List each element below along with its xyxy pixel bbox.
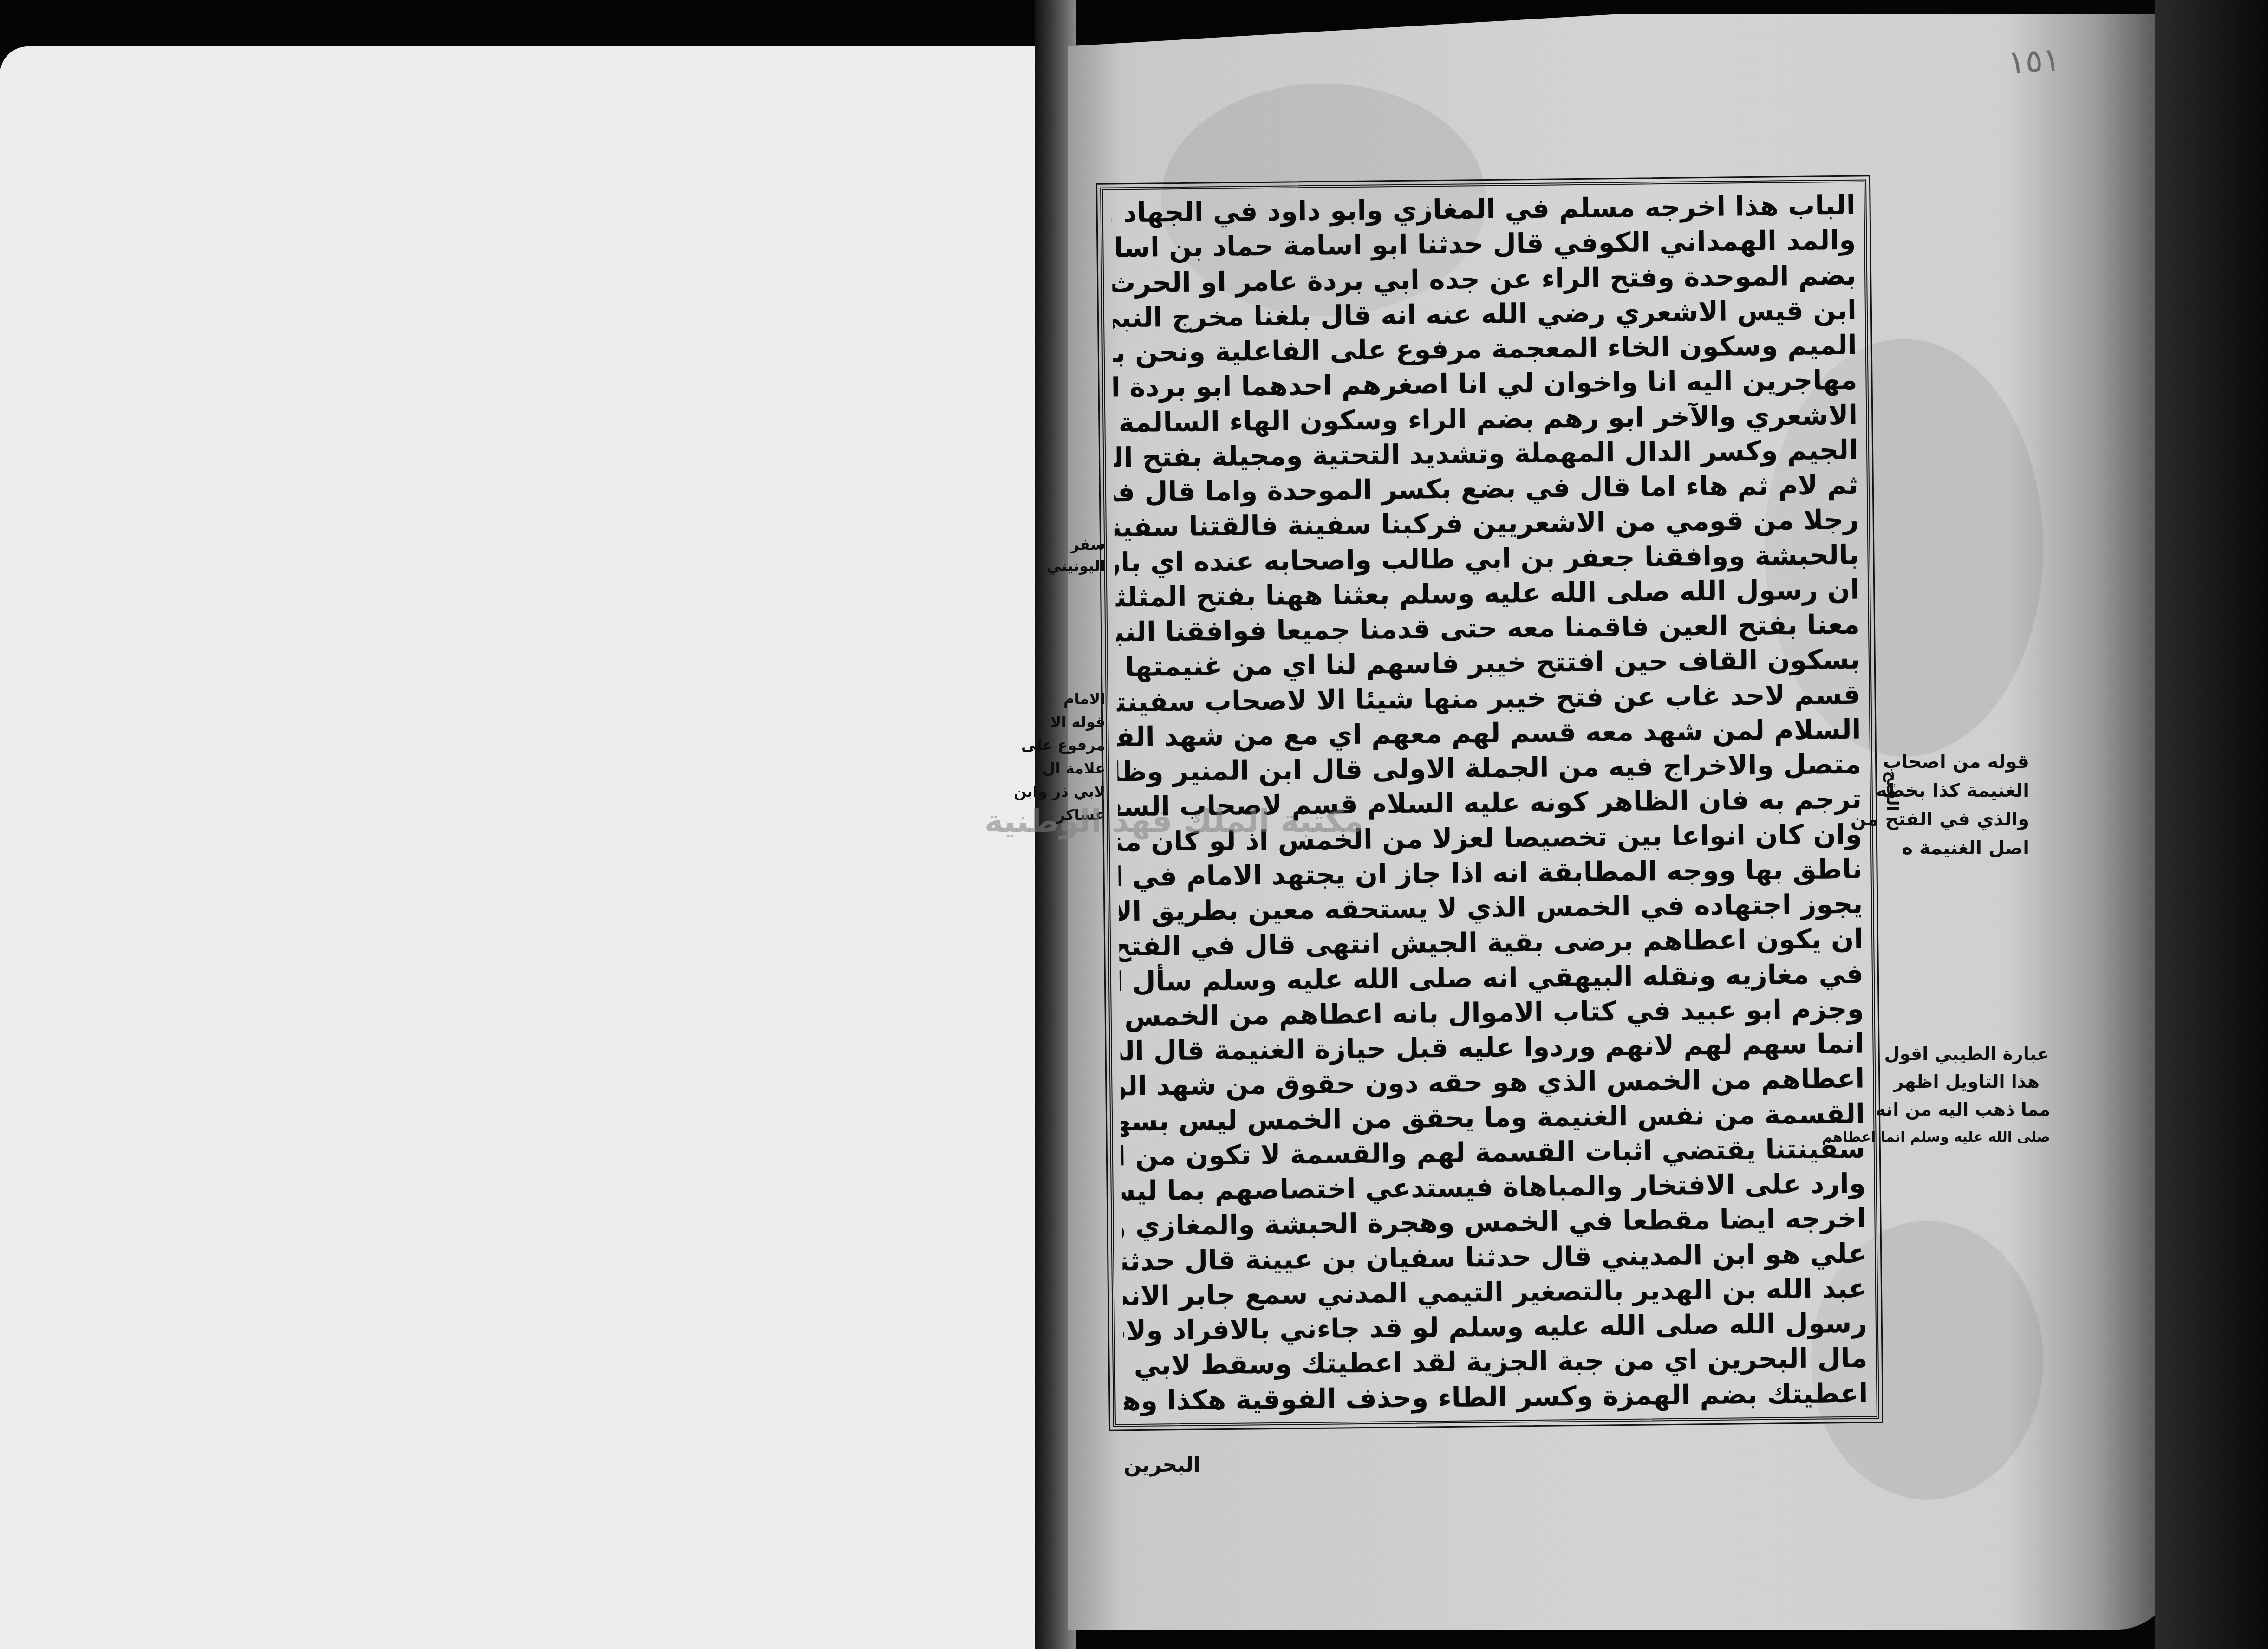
margin-note-right-2: عبارة الطيبي اقول هذا التاويل اظهر مما ذ…: [1883, 1040, 2050, 1151]
note-line: صلى الله عليه وسلم انما اعطاهم: [1883, 1123, 2050, 1151]
note-line: علامة ال: [1049, 757, 1105, 780]
note-line: الغنيمة كذا بخطه: [1909, 776, 2029, 805]
left-page-blank: [0, 46, 1035, 1649]
note-line: سفر: [1054, 534, 1105, 555]
note-line: مرفوع علی: [1049, 734, 1105, 757]
folio-number: ١٥١: [1986, 39, 2081, 83]
note-line: قوله من اصحاب: [1909, 747, 2029, 776]
page-edge-shadow: [2155, 0, 2268, 1649]
note-line: لابي ذر وابن: [1049, 780, 1105, 803]
note-line: والذي في الفتح من: [1909, 805, 2029, 834]
catchword: البحرين: [1124, 1453, 1200, 1477]
note-line: هذا التاويل اظهر: [1883, 1068, 2050, 1096]
note-line: اصل الغنيمة ه: [1909, 834, 2029, 863]
margin-note-side-label: الفتح: [1876, 771, 1904, 811]
library-watermark: مكتبة الملك فهد الوطنية: [984, 803, 1363, 840]
text-line: اعطيتك بضم الهمزة وكسر الطاء وحذف الفوقي…: [1124, 1376, 1868, 1418]
margin-note-left-1: سفر اليونيني: [1054, 534, 1105, 577]
note-line: الامام: [1049, 687, 1105, 710]
note-line: اليونيني: [1054, 555, 1105, 577]
note-line: قوله الا: [1049, 710, 1105, 734]
note-line: مما ذهب اليه من انه: [1883, 1096, 2050, 1123]
margin-note-right-1: قوله من اصحاب الغنيمة كذا بخطه والذي في …: [1909, 747, 2029, 863]
note-line: عبارة الطيبي اقول: [1883, 1040, 2050, 1068]
